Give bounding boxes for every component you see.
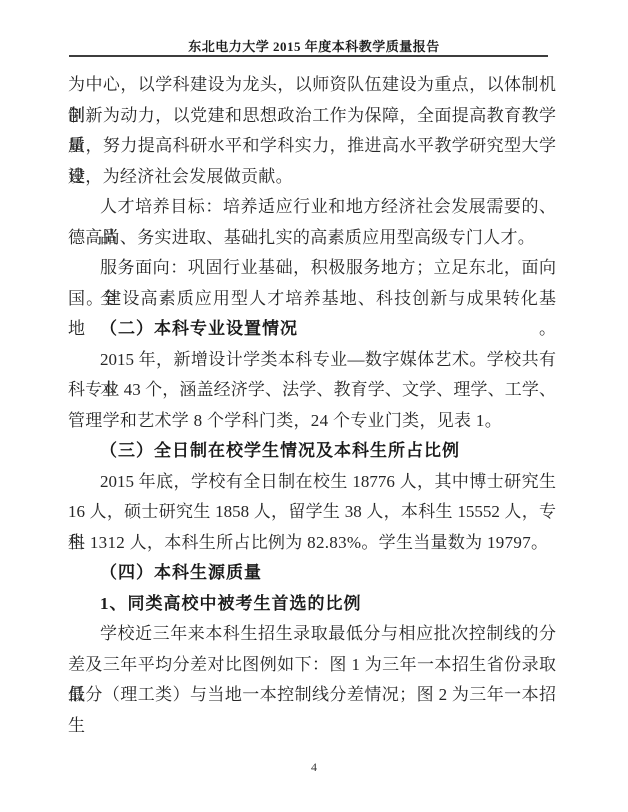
text-line: 服务面向：巩固行业基础，积极服务地方；立足东北，面向全 [68,253,556,284]
sub-heading-1: 1、同类高校中被考生首选的比例 [68,589,556,620]
text-line: 人才培养目标：培养适应行业和地方经济社会发展需要的、品 [68,192,556,223]
text-line: 16 人，硕士研究生 1858 人，留学生 38 人，本科生 15552 人，专… [68,497,556,528]
text-line: 科专业 43 个，涵盖经济学、法学、教育学、文学、理学、工学、 [68,375,556,406]
text-line: 生 1312 人，本科生所占比例为 82.83%。学生当量数为 19797。 [68,528,556,559]
page-body: 为中心，以学科建设为龙头，以师资队伍建设为重点，以体制机制 创新为动力，以党建和… [68,70,556,711]
text-line: 学校近三年来本科生招生录取最低分与相应批次控制线的分 [68,619,556,650]
page-number: 4 [0,760,628,775]
document-page: 东北电力大学 2015 年度本科教学质量报告 为中心，以学科建设为龙头，以师资队… [0,0,628,812]
text-line: 2015 年，新增设计学类本科专业—数字媒体艺术。学校共有本 [68,345,556,376]
text-line: 差及三年平均分差对比图例如下：图 1 为三年一本招生省份录取最 [68,650,556,681]
text-line: 管理学和艺术学 8 个学科门类，24 个专业门类，见表 1。 [68,406,556,437]
running-header-title: 东北电力大学 2015 年度本科教学质量报告 [0,36,628,55]
section-heading-3: （三）全日制在校学生情况及本科生所占比例 [68,436,556,467]
text-line: 德高尚、务实进取、基础扎实的高素质应用型高级专门人才。 [68,223,556,254]
text-line: 2015 年底，学校有全日制在校生 18776 人，其中博士研究生 [68,467,556,498]
text-line: 量，努力提高科研水平和学科实力，推进高水平教学研究型大学建 [68,131,556,162]
text-line: 创新为动力，以党建和思想政治工作为保障，全面提高教育教学质 [68,101,556,132]
text-line: 低分（理工类）与当地一本控制线分差情况；图 2 为三年一本招生 [68,680,556,711]
text-line: 为中心，以学科建设为龙头，以师资队伍建设为重点，以体制机制 [68,70,556,101]
header-rule [69,55,548,57]
text-line: 设，为经济社会发展做贡献。 [68,162,556,193]
section-heading-4: （四）本科生源质量 [68,558,556,589]
text-line: 国。建设高素质应用型人才培养基地、科技创新与成果转化基地。 [68,284,556,315]
